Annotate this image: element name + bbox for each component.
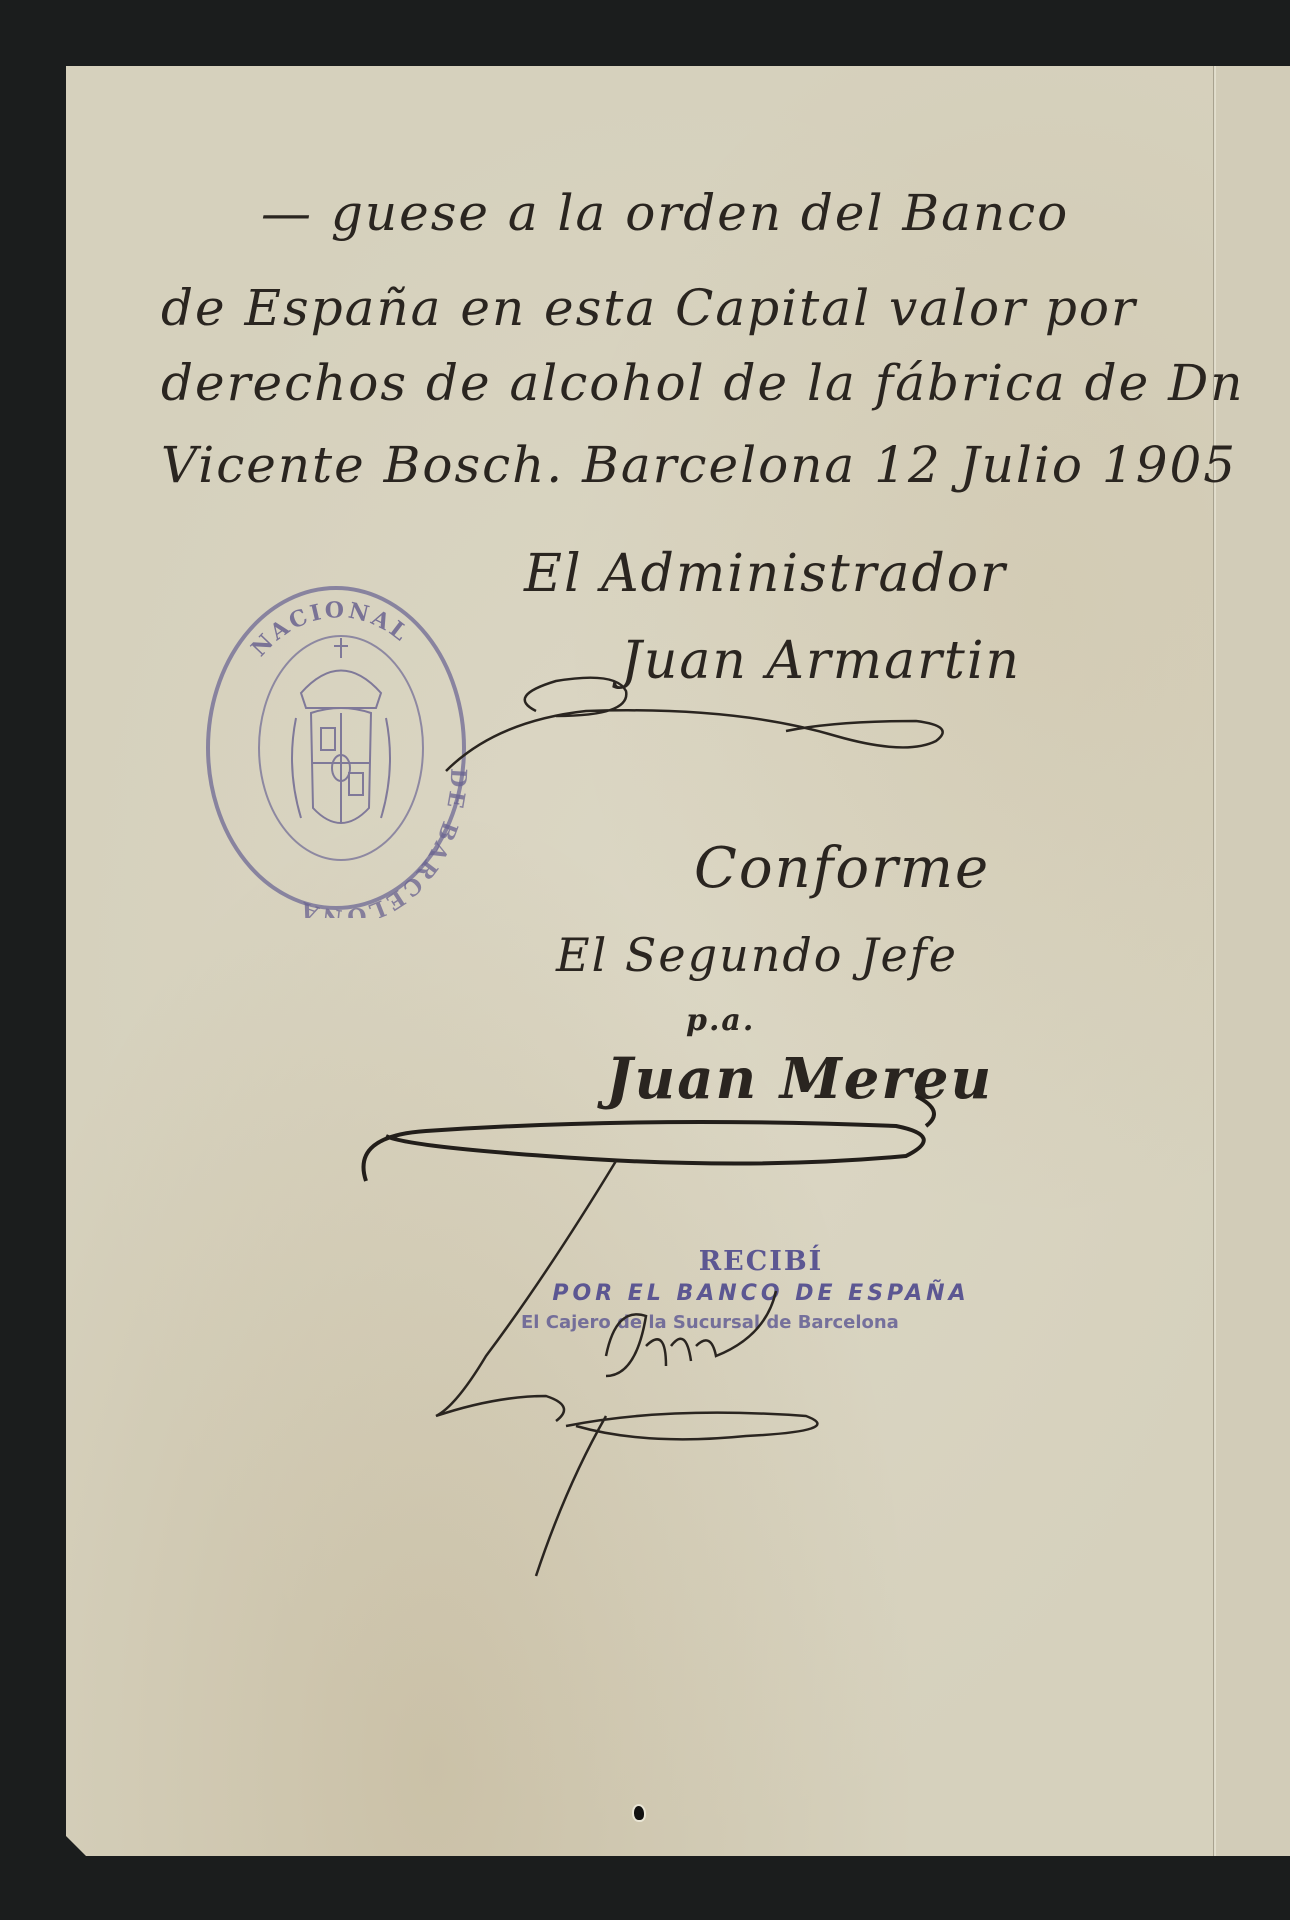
body-line-3: derechos de alcohol de la fábrica de Dn [161,354,1244,412]
receipt-stamp-line-1: RECIBÍ [521,1246,1001,1277]
folded-flap [1217,66,1290,1856]
per-authority-mark: p.a. [686,1003,755,1038]
approval-label: Conforme [694,836,990,901]
body-line-4: Vicente Bosch. Barcelona 12 Julio 1905 [161,436,1237,494]
administrator-signature: Juan Armartin [621,631,1021,691]
paper-hole [634,1806,644,1820]
document-page: — guese a la orden del Banco de España e… [66,66,1290,1856]
receipt-stamp-line-3: El Cajero de la Sucursal de Barcelona [521,1312,1001,1333]
fold-line [1213,66,1217,1856]
national-seal-icon: NACIONAL DE BARCELONA [201,578,471,918]
body-line-2: de España en esta Capital valor por [161,279,1137,337]
cashier-signature-icon [346,1156,906,1606]
approval-title: El Segundo Jefe [556,928,958,982]
receipt-stamp-line-2: POR EL BANCO DE ESPAÑA [521,1281,1001,1306]
receipt-stamp: RECIBÍ POR EL BANCO DE ESPAÑA El Cajero … [521,1246,1001,1333]
approval-signature: Juan Mereu [606,1046,993,1112]
seal-bottom-text: DE BARCELONA [294,768,471,918]
svg-text:NACIONAL: NACIONAL [246,597,415,662]
administrator-title: El Administrador [524,544,1007,604]
seal-top-text: NACIONAL [246,597,415,662]
svg-text:DE BARCELONA: DE BARCELONA [294,768,471,918]
body-line-1: — guese a la orden del Banco [261,184,1069,242]
